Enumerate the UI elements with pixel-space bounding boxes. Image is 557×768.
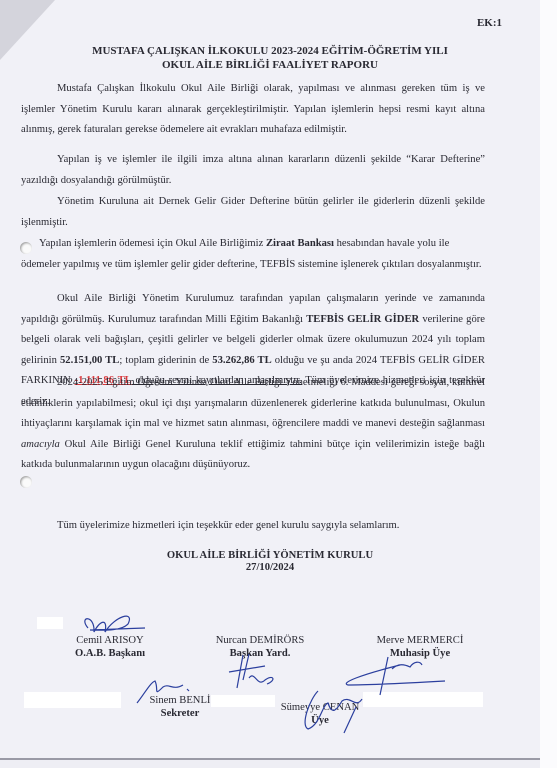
total-expense: 53.262,86 TL [212,355,271,366]
signatory-name: Merve MERMERCİ [360,634,480,647]
bank-name: Ziraat Bankası [266,238,334,249]
p4-text: Yapılan işlemlerin ödemesi için Okul Ail… [39,238,266,249]
signatory-name: Nurcan DEMİRÖRS [200,634,320,647]
paragraph-4: Yapılan işlemlerin ödemesi için Okul Ail… [21,234,485,275]
board-title: OKUL AİLE BİRLİĞİ YÖNETİM KURULU [0,550,540,562]
p6-italic-text: amacıyla [21,439,60,450]
annex-label: EK:1 [477,17,502,29]
p6-text: Okul Aile Birliği Genel Kuruluna teklif … [21,439,485,471]
document-page: EK:1 MUSTAFA ÇALIŞKAN İLKOKULU 2023-2024… [0,0,540,760]
paragraph-2: Yapılan iş ve işlemler ile ilgili imza a… [21,150,485,191]
signature-scribble [225,650,285,695]
signatory-role: O.A.B. Başkanı [50,647,170,660]
scan-margin [540,0,557,768]
redaction-box [24,692,121,708]
paragraph-7: Tüm üyelerimize hizmetleri için teşekkür… [21,516,485,537]
signature-scribble [290,685,380,735]
signatory-role: Sekreter [130,707,230,720]
paragraph-3: Yönetim Kuruluna ait Dernek Gelir Gider … [21,192,485,233]
signature-scribble [60,610,160,640]
punch-hole [20,476,32,488]
title-line-2: OKUL AİLE BİRLİĞİ FAALİYET RAPORU [0,58,540,72]
signature-scribble [135,675,195,705]
board-signature-header: OKUL AİLE BİRLİĞİ YÖNETİM KURULU 27/10/2… [0,550,540,574]
tefbis-label: TEFBİS GELİR GİDER [306,314,419,325]
p6-text: 2024-2025 Eğitim Öğretim Yılında Okul Ai… [21,377,485,429]
paragraph-1: Mustafa Çalışkan İlkokulu Okul Aile Birl… [21,79,485,141]
report-date: 27/10/2024 [0,562,540,574]
title-line-1: MUSTAFA ÇALIŞKAN İLKOKULU 2023-2024 EĞİT… [0,44,540,58]
paragraph-6: 2024-2025 Eğitim Öğretim Yılında Okul Ai… [21,373,485,476]
document-title: MUSTAFA ÇALIŞKAN İLKOKULU 2023-2024 EĞİT… [0,44,540,72]
total-income: 52.151,00 TL [60,355,119,366]
p5-text: ; toplam giderinin de [119,355,212,366]
